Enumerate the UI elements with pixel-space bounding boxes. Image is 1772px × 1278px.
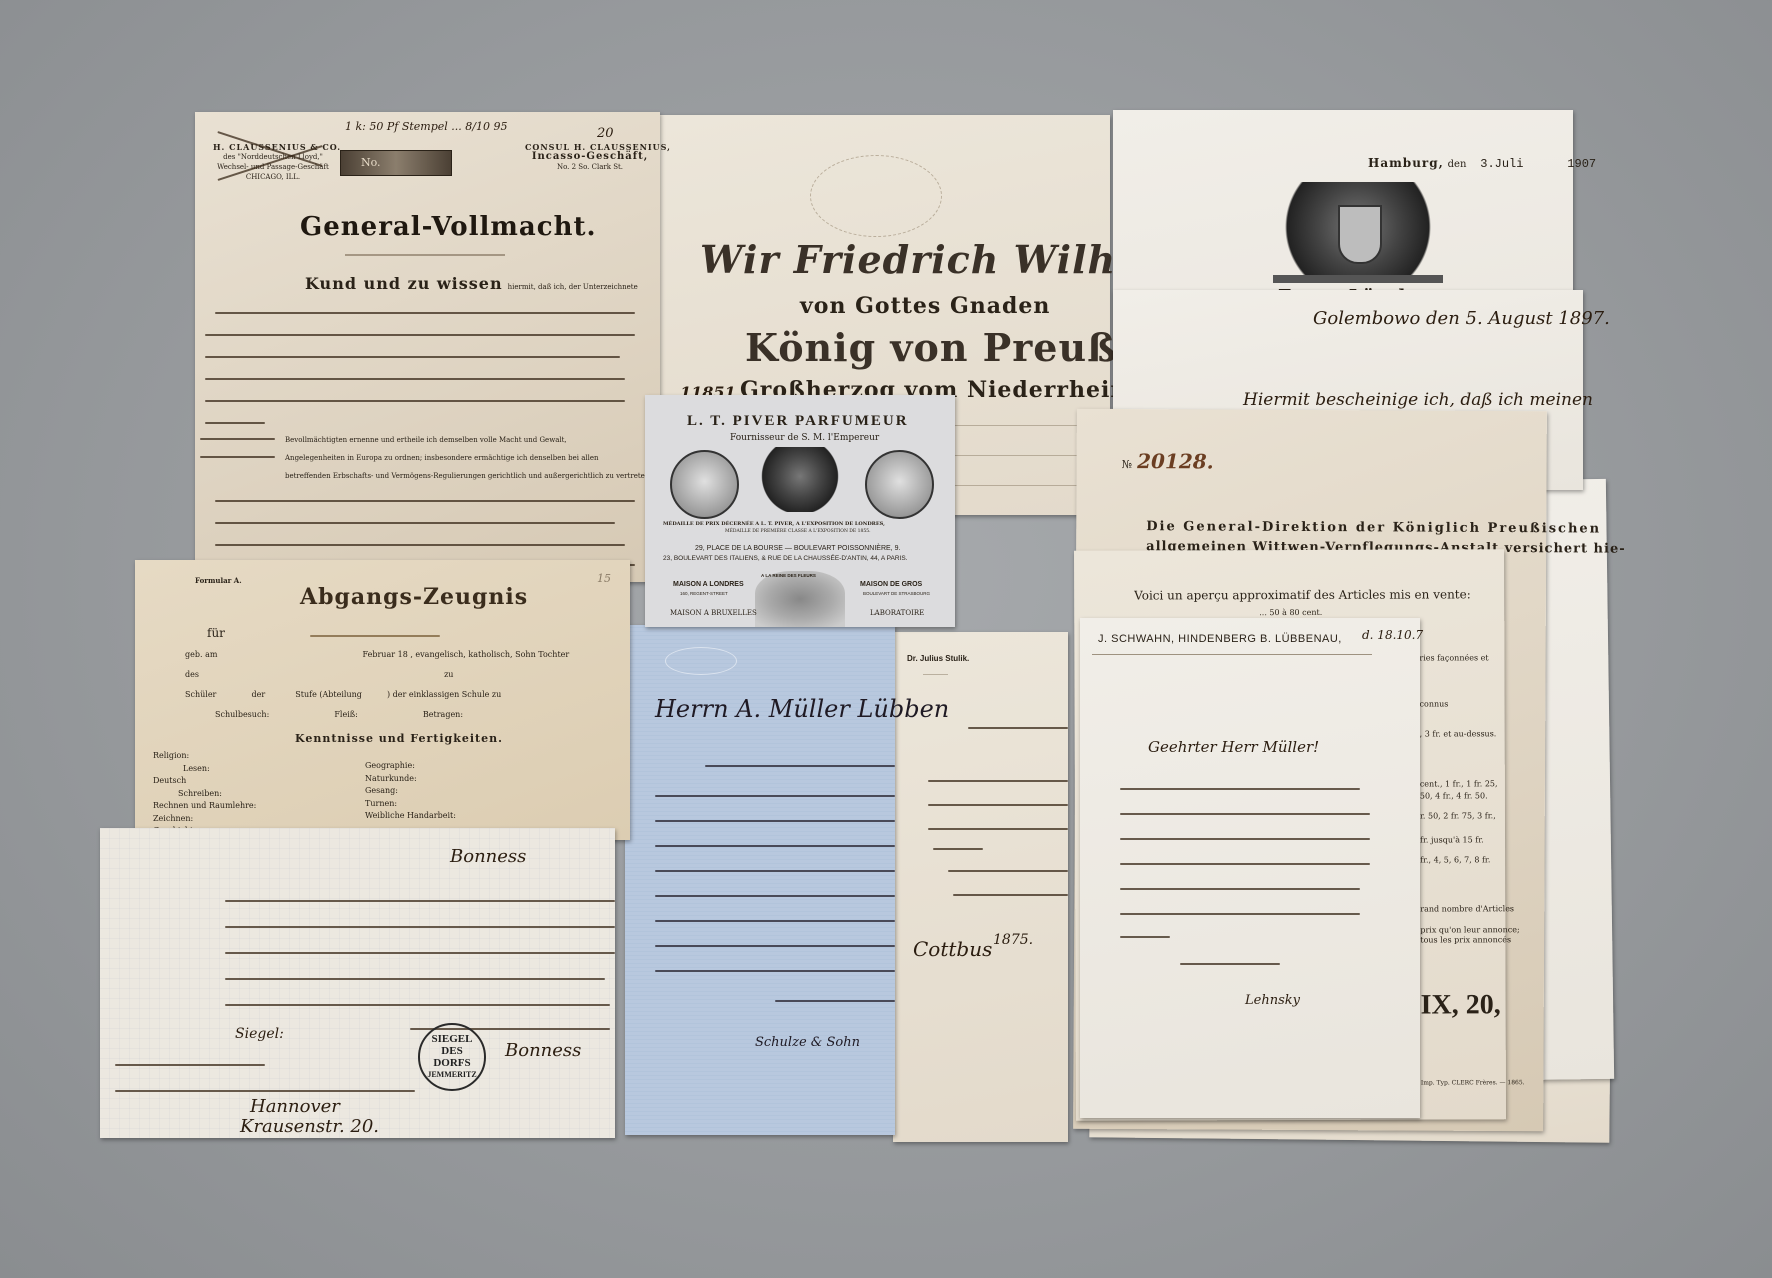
voici-price-line: fr., 4, 5, 6, 7, 8 fr. bbox=[1420, 855, 1490, 864]
piver-medal-text-2: MÉDAILLE DE PREMIÈRE CLASSE A L'EXPOSITI… bbox=[725, 529, 871, 534]
voici-price-line: cent., 1 fr., 1 fr. 25, bbox=[1420, 779, 1498, 788]
bonness-address-city: Hannover bbox=[250, 1096, 340, 1117]
eugenie-medal-icon bbox=[865, 450, 934, 519]
bonness-signature-bottom: Bonness bbox=[505, 1040, 581, 1061]
piver-medal-text: MÉDAILLE DE PRIX DÉCERNÉE A L. T. PIVER,… bbox=[663, 521, 885, 527]
wilhelm-subtitle: von Gottes Gnaden bbox=[800, 293, 1050, 319]
vollmacht-handwritten-top: 1 k: 50 Pf Stempel ... 8/10 95 bbox=[345, 120, 507, 133]
vollmacht-printed-line-2: Angelegenheiten in Europa zu ordnen; ins… bbox=[285, 454, 599, 462]
vollmacht-printed-line-3: betreffenden Erbschafts- und Vermögens-R… bbox=[285, 472, 652, 480]
zeugnis-formular: Formular A. bbox=[195, 576, 242, 585]
piver-address-1: 29, PLACE DE LA BOURSE — BOULEVART POISS… bbox=[695, 545, 900, 552]
zeugnis-subjects-right: Geographie: Naturkunde: Gesang: Turnen: … bbox=[365, 760, 456, 823]
voici-price-line: fr. jusqu'à 15 fr. bbox=[1420, 835, 1484, 844]
golembowo-body: Hiermit bescheinige ich, daß ich meinen bbox=[1243, 390, 1593, 410]
vollmacht-printed-line-1: Bevollmächtigten ernenne und ertheile ic… bbox=[285, 436, 567, 444]
general-vollmacht-document: H. CLAUSSENIUS & CO. des "Norddeutschen … bbox=[195, 112, 660, 582]
voici-footer-line: rand nombre d'Articles bbox=[1420, 904, 1514, 913]
voici-big-text: IX, 20, bbox=[1421, 989, 1501, 1021]
piver-title: L. T. PIVER PARFUMEUR bbox=[687, 413, 909, 430]
zeugnis-fuer: für bbox=[207, 626, 225, 640]
zeugnis-corner-number: 15 bbox=[597, 572, 611, 585]
piver-subtitle: Fournisseur de S. M. l'Empereur bbox=[730, 433, 879, 443]
witwen-text-line-1: Die General-Direktion der Königlich Preu… bbox=[1146, 519, 1601, 536]
piver-right-house-sub: BOULEVART DE STRASBOURG bbox=[863, 591, 930, 596]
piver-address-2: 23, BOULEVART DES ITALIENS, & RUE DE LA … bbox=[663, 555, 907, 562]
blue-letter-signature: Schulze & Sohn bbox=[755, 1035, 860, 1050]
voici-sub: ... 50 à 80 cent. bbox=[1259, 608, 1322, 617]
voici-footer-line: tous les prix annoncés bbox=[1420, 935, 1511, 944]
piver-left-house-2: MAISON A BRUXELLES bbox=[670, 609, 757, 617]
stulik-closing-place: Cottbus bbox=[913, 937, 992, 961]
eagle-ornament bbox=[810, 155, 942, 237]
hamburg-date: 3.Juli bbox=[1480, 157, 1523, 171]
bonness-note: Bonness Siegel: SIEGEL DES DORFS JEMMERI… bbox=[100, 828, 615, 1138]
bonness-address-street: Krausenstr. 20. bbox=[240, 1116, 379, 1137]
schwahn-signature: Lehnsky bbox=[1245, 993, 1300, 1008]
piver-left-house-sub: 160, REGENT-STREET bbox=[680, 591, 728, 596]
piver-center-label: A LA REINE DES FLEURS bbox=[761, 573, 816, 578]
schwahn-date: d. 18.10.7 bbox=[1362, 628, 1423, 642]
stulik-closing-year: 1875. bbox=[993, 932, 1033, 948]
vollmacht-intro-small: hiermit, daß ich, der Unterzeichnete bbox=[508, 283, 638, 291]
stulik-letterhead: Dr. Julius Stulik. bbox=[907, 654, 969, 663]
siegel-stamp-icon: SIEGEL DES DORFS JEMMERITZ bbox=[418, 1023, 486, 1091]
voici-price-line: r. 50, 2 fr. 75, 3 fr., bbox=[1420, 811, 1496, 820]
schwahn-letterhead: J. SCHWAHN, HINDENBERG B. LÜBBENAU, bbox=[1098, 633, 1342, 645]
hamburg-den: den bbox=[1448, 159, 1467, 170]
blue-letter-salutation: Herrn A. Müller Lübben bbox=[655, 695, 949, 723]
golembowo-date: Golembowo den 5. August 1897. bbox=[1313, 308, 1610, 329]
voici-price-line: ries façonnées et bbox=[1419, 653, 1488, 662]
piver-parfumeur-card: L. T. PIVER PARFUMEUR Fournisseur de S. … bbox=[645, 395, 955, 627]
imperial-arms-icon bbox=[760, 447, 840, 512]
zeugnis-section-title: Kenntnisse und Fertigkeiten. bbox=[295, 732, 503, 745]
claussenius-header-right: CONSUL H. CLAUSSENIUS, Incasso-Geschäft,… bbox=[525, 142, 655, 172]
reine-des-fleurs-vignette bbox=[755, 571, 845, 627]
bonness-seal-label: Siegel: bbox=[235, 1026, 284, 1042]
witwen-number: 20128. bbox=[1137, 449, 1214, 473]
abgangs-zeugnis-certificate: Formular A. 15 Abgangs-Zeugnis für geb. … bbox=[135, 560, 630, 840]
hamburg-year: 1907 bbox=[1567, 157, 1596, 171]
napoleon-medal-icon bbox=[670, 450, 739, 519]
voici-price-line: connus bbox=[1420, 699, 1449, 708]
voici-printer-line: Imp. Typ. CLERC Frères. — 1865. bbox=[1421, 1079, 1525, 1086]
blue-letter-embossed-stamp bbox=[665, 647, 737, 675]
hamburg-place: Hamburg, bbox=[1368, 156, 1444, 170]
voici-price-line: , 3 fr. et au-dessus. bbox=[1420, 729, 1497, 738]
piver-left-house: MAISON A LONDRES bbox=[673, 581, 744, 588]
piver-right-house: MAISON DE GROS bbox=[860, 581, 922, 588]
coat-base bbox=[1273, 275, 1443, 283]
zeugnis-geb-label: geb. am bbox=[185, 650, 217, 659]
voici-footer-line: prix qu'on leur annonce; bbox=[1420, 925, 1519, 934]
blue-letter: Herrn A. Müller Lübben Schulze & Sohn bbox=[625, 625, 895, 1135]
voici-heading: Voici un aperçu approximatif des Article… bbox=[1134, 587, 1471, 602]
zeugnis-subjects-left: Religion: Lesen: Deutsch Schreiben: Rech… bbox=[153, 750, 256, 838]
witwen-number-prefix: № bbox=[1122, 458, 1132, 471]
piver-right-house-2: LABORATOIRE bbox=[870, 609, 924, 617]
vollmacht-page-number: 20 bbox=[597, 126, 614, 141]
number-ornament-box: No. bbox=[340, 150, 452, 176]
bonness-signature-top: Bonness bbox=[450, 846, 526, 867]
zeugnis-title: Abgangs-Zeugnis bbox=[300, 584, 528, 610]
schwahn-salutation: Geehrter Herr Müller! bbox=[1148, 738, 1319, 756]
vollmacht-title: General-Vollmacht. bbox=[300, 212, 597, 242]
schwahn-letter: J. SCHWAHN, HINDENBERG B. LÜBBENAU, d. 1… bbox=[1080, 618, 1420, 1118]
vollmacht-intro: Kund und zu wissen bbox=[305, 274, 503, 293]
coat-shield-icon bbox=[1338, 205, 1382, 264]
voici-price-line: 50, 4 fr., 4 fr. 50. bbox=[1420, 791, 1488, 800]
